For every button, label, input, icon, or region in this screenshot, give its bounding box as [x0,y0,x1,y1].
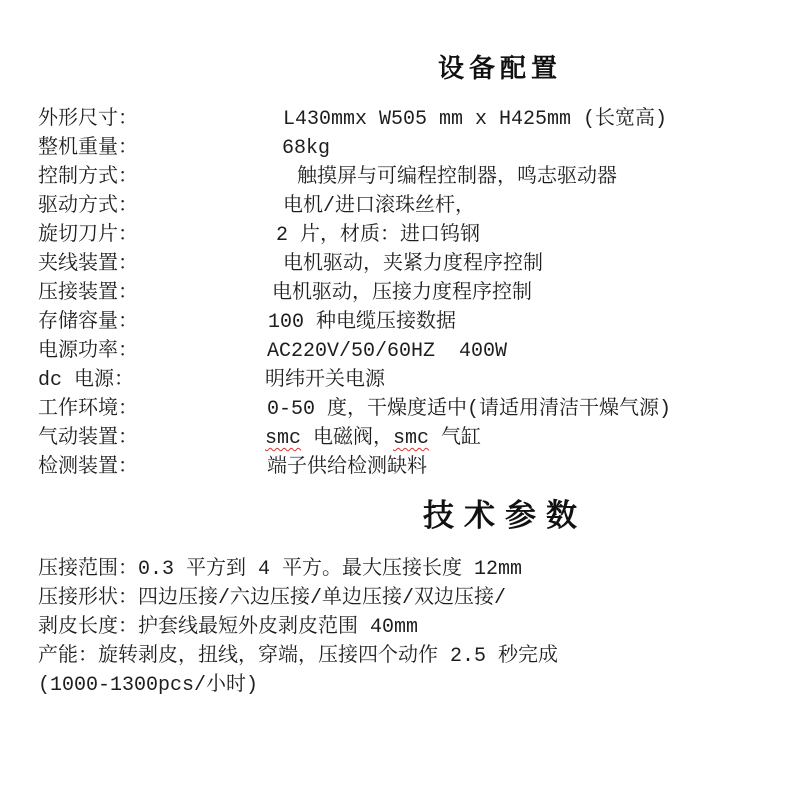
param-line: 压接范围：0.3 平方到 4 平方。最大压接长度 12mm [38,555,772,584]
spec-row: 压接装置：电机驱动，压接力度程序控制 [38,279,780,308]
spec-label: dc 电源： [38,366,265,395]
document-page: 设备配置 外形尺寸：L430mmx W505 mm x H425mm (长宽高)… [0,0,800,800]
spec-row: 检测装置：端子供给检测缺料 [38,453,780,482]
spec-label: 电源功率： [38,337,265,366]
spec-label: 外形尺寸： [38,105,265,134]
spec-value: 明纬开关电源 [265,366,780,395]
spec-row: 旋切刀片：2 片，材质：进口钨钢 [38,221,780,250]
spec-value: 2 片，材质：进口钨钢 [265,221,780,250]
spec-value: L430mmx W505 mm x H425mm (长宽高) [265,105,780,134]
spec-row: 存储容量：100 种电缆压接数据 [38,308,780,337]
param-line: 剥皮长度：护套线最短外皮剥皮范围 40mm [38,613,772,642]
spec-value: 68kg [265,134,780,163]
spec-label: 旋切刀片： [38,221,265,250]
section-title-equipment-config: 设备配置 [200,57,800,83]
spec-label: 气动装置： [38,424,265,453]
spec-label: 压接装置： [38,279,265,308]
param-line: 压接形状：四边压接/六边压接/单边压接/双边压接/ [38,584,772,613]
spec-row: 外形尺寸：L430mmx W505 mm x H425mm (长宽高) [38,105,780,134]
spec-label: 整机重量： [38,134,265,163]
misspelled-word: smc [265,427,301,450]
spec-label: 工作环境： [38,395,265,424]
spec-row: 控制方式：触摸屏与可编程控制器，鸣志驱动器 [38,163,780,192]
spec-value: 电机/进口滚珠丝杆， [265,192,780,221]
misspelled-word: smc [393,427,429,450]
param-line: 产能：旋转剥皮，扭线，穿端，压接四个动作 2.5 秒完成 [38,642,772,671]
spec-row: 电源功率：AC220V/50/60HZ 400W [38,337,780,366]
spec-value: AC220V/50/60HZ 400W [265,337,780,366]
spec-row: 整机重量：68kg [38,134,780,163]
spec-label: 驱动方式： [38,192,265,221]
equipment-spec-table: 外形尺寸：L430mmx W505 mm x H425mm (长宽高)整机重量：… [0,105,800,482]
spec-label: 控制方式： [38,163,265,192]
spec-value: 端子供给检测缺料 [265,453,780,482]
spec-value: 电机驱动，夹紧力度程序控制 [265,250,780,279]
param-line: (1000-1300pcs/小时) [38,671,772,700]
spec-row: 夹线装置：电机驱动，夹紧力度程序控制 [38,250,780,279]
spec-row: 驱动方式：电机/进口滚珠丝杆， [38,192,780,221]
spec-label: 检测装置： [38,453,265,482]
spec-row: 工作环境：0-50 度，干燥度适中(请适用清洁干燥气源) [38,395,780,424]
tech-param-lines: 压接范围：0.3 平方到 4 平方。最大压接长度 12mm压接形状：四边压接/六… [0,555,800,700]
spec-value: 触摸屏与可编程控制器，鸣志驱动器 [265,163,780,192]
section-title-tech-params: 技术参数 [205,503,800,534]
spec-value: 0-50 度，干燥度适中(请适用清洁干燥气源) [265,395,780,424]
spec-value: smc 电磁阀，smc 气缸 [265,424,780,453]
spec-row: dc 电源：明纬开关电源 [38,366,780,395]
spec-row: 气动装置：smc 电磁阀，smc 气缸 [38,424,780,453]
spec-label: 夹线装置： [38,250,265,279]
spec-value: 电机驱动，压接力度程序控制 [265,279,780,308]
spec-value: 100 种电缆压接数据 [265,308,780,337]
spec-label: 存储容量： [38,308,265,337]
